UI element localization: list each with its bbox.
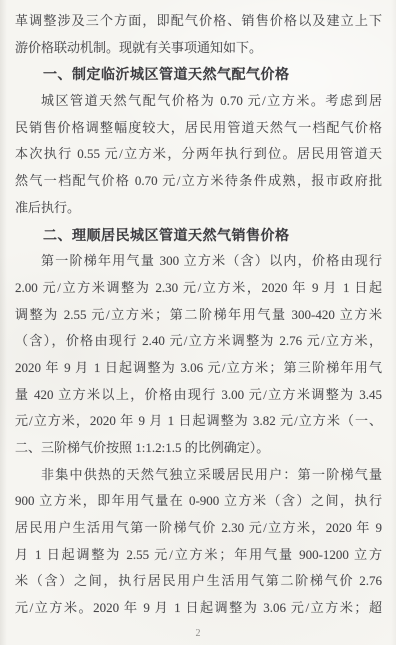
text-line: 2.00 元/立方米调整为 2.30 元/立方米，2020 年 9 月 1 日起 [15, 275, 382, 302]
text-line: 本次执行 0.55 元/立方米，分两年执行到位。居民用管道天 [15, 141, 382, 168]
text-line: 然气一档配气价格 0.70 元/立方米待条件成熟，报市政府批 [15, 168, 382, 195]
section-heading-2: 二、理顺居民城区管道天然气销售价格 [15, 222, 382, 249]
text-line: 调整为 2.55 元/立方米；第二阶梯年用气量 300-420 立方米 [15, 302, 382, 329]
text-line: 革调整涉及三个方面，即配气价格、销售价格以及建立上下 [15, 8, 382, 35]
text-line: 游价格联动机制。现就有关事项通知如下。 [15, 35, 382, 62]
text-line: 准后执行。 [15, 195, 382, 222]
document-page: 革调整涉及三个方面，即配气价格、销售价格以及建立上下 游价格联动机制。现就有关事… [0, 0, 396, 645]
document-body: 革调整涉及三个方面，即配气价格、销售价格以及建立上下 游价格联动机制。现就有关事… [0, 0, 396, 622]
text-line: 民销售价格调整幅度较大，居民用管道天然气一档配气价格 [15, 115, 382, 142]
text-line: 元/立方米。2020 年 9 月 1 日起调整为 3.06 元/立方米；超 [15, 595, 382, 622]
paragraph-line: 非集中供热的天然气独立采暖居民用户：第一阶梯气量 [15, 462, 382, 489]
page-number: 2 [0, 628, 396, 640]
section-heading-1: 一、制定临沂城区管道天然气配气价格 [15, 61, 382, 88]
text-line: 2020 年 9 月 1 日起调整为 3.06 元/立方米；第三阶梯年用气 [15, 355, 382, 382]
text-line: （含），价格由现行 2.40 元/立方米调整为 2.76 元/立方米， [15, 328, 382, 355]
text-line: 900 立方米，即年用气量在 0-900 立方米（含）之间，执行 [15, 488, 382, 515]
text-line: 二、三阶梯气价按照 1:1.2:1.5 的比例确定）。 [15, 435, 382, 462]
paragraph-line: 城区管道天然气配气价格为 0.70 元/立方米。考虑到居 [15, 88, 382, 115]
text-line: 量 420 立方米以上，价格由现行 3.00 元/立方米调整为 3.45 [15, 382, 382, 409]
text-line: 元/立方米，2020 年 9 月 1 日起调整为 3.82 元/立方米（一、 [15, 408, 382, 435]
text-line: 米（含）之间，执行居民用户生活用气第二阶梯气价 2.76 [15, 568, 382, 595]
text-line: 居民用户生活用气第一阶梯气价 2.30 元/立方米，2020 年 9 [15, 515, 382, 542]
text-line: 月 1 日起调整为 2.55 元/立方米；年用气量 900-1200 立方 [15, 542, 382, 569]
paragraph-line: 第一阶梯年用气量 300 立方米（含）以内，价格由现行 [15, 248, 382, 275]
